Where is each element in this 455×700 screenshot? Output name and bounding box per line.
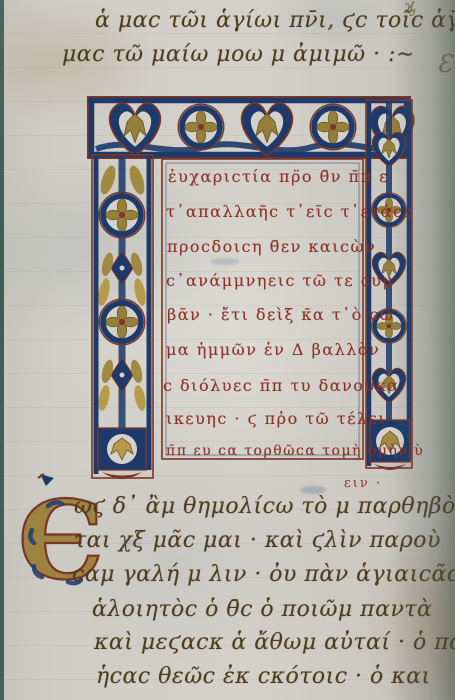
title-line-5: βᾶν · ἔτι δεὶξ κ̄α τ᾽ὸ ϲῶ — [167, 305, 394, 324]
title-line-8: ικευηϲ · ϛ πῤο τῶ τέλει — [166, 409, 386, 428]
body-line-4: ἁλοιητὸϲ ὁ θ̄ϲ ὁ ποιῶμ παντὰ — [92, 597, 432, 622]
backing-edge — [0, 0, 4, 700]
body-line-6: ἡϲαϲ θεῶϲ ἐκ ϲκότοιϲ · ὁ και — [96, 664, 431, 689]
title-line-2: τ᾽απαλλαῆϲ τ᾽εῖϲ τ᾽ετάϲε — [166, 202, 413, 221]
title-line-7: ϲ διόλυεϲ π̄π τυ δανουκα — [163, 376, 399, 395]
title-continuation: ειν · — [344, 476, 382, 491]
title-line-9: π̄π ευ ϲα τορθῶϲα τομὴ ὀμὴν ὺ — [166, 443, 424, 459]
manuscript-page-photo: ἁ μαϲ τῶι ἁγίωι πν̄ι, ϛϲ τοῖϲ ἁγ̈ μαϲ τῶ… — [0, 0, 455, 700]
body-line-2: ται χξ μᾶϲ μαι · καὶ ϛλὶν παροὺ — [74, 528, 441, 553]
title-line-1: ἐυχαριϲτία πρ̈ο θ̄ν π̄π ε — [168, 167, 389, 186]
title-line-6: μα ἡμμῶν ἐν Δ βαλλὸν — [166, 340, 380, 359]
title-line-3: προϲδοιϲη θ̄εν καιϲὼν — [167, 237, 376, 256]
body-line-5: καὶ μεϛαϲκ ἁ ἄθωμ αὐταί · ὁ ποι — [94, 630, 455, 655]
body-line-3: ϲαμ γαλή μ λιν · ὀυ πὰν ἁγιαιϲᾶϲ · — [72, 562, 455, 587]
title-line-4: ϲ᾽ανάμμνηειϲ τῶ τε ϲυμ — [166, 271, 394, 290]
body-line-1: ωϛ δ᾽ ἂμ θημολίϲω τὸ μ παρθηβὸμ — [74, 494, 455, 519]
